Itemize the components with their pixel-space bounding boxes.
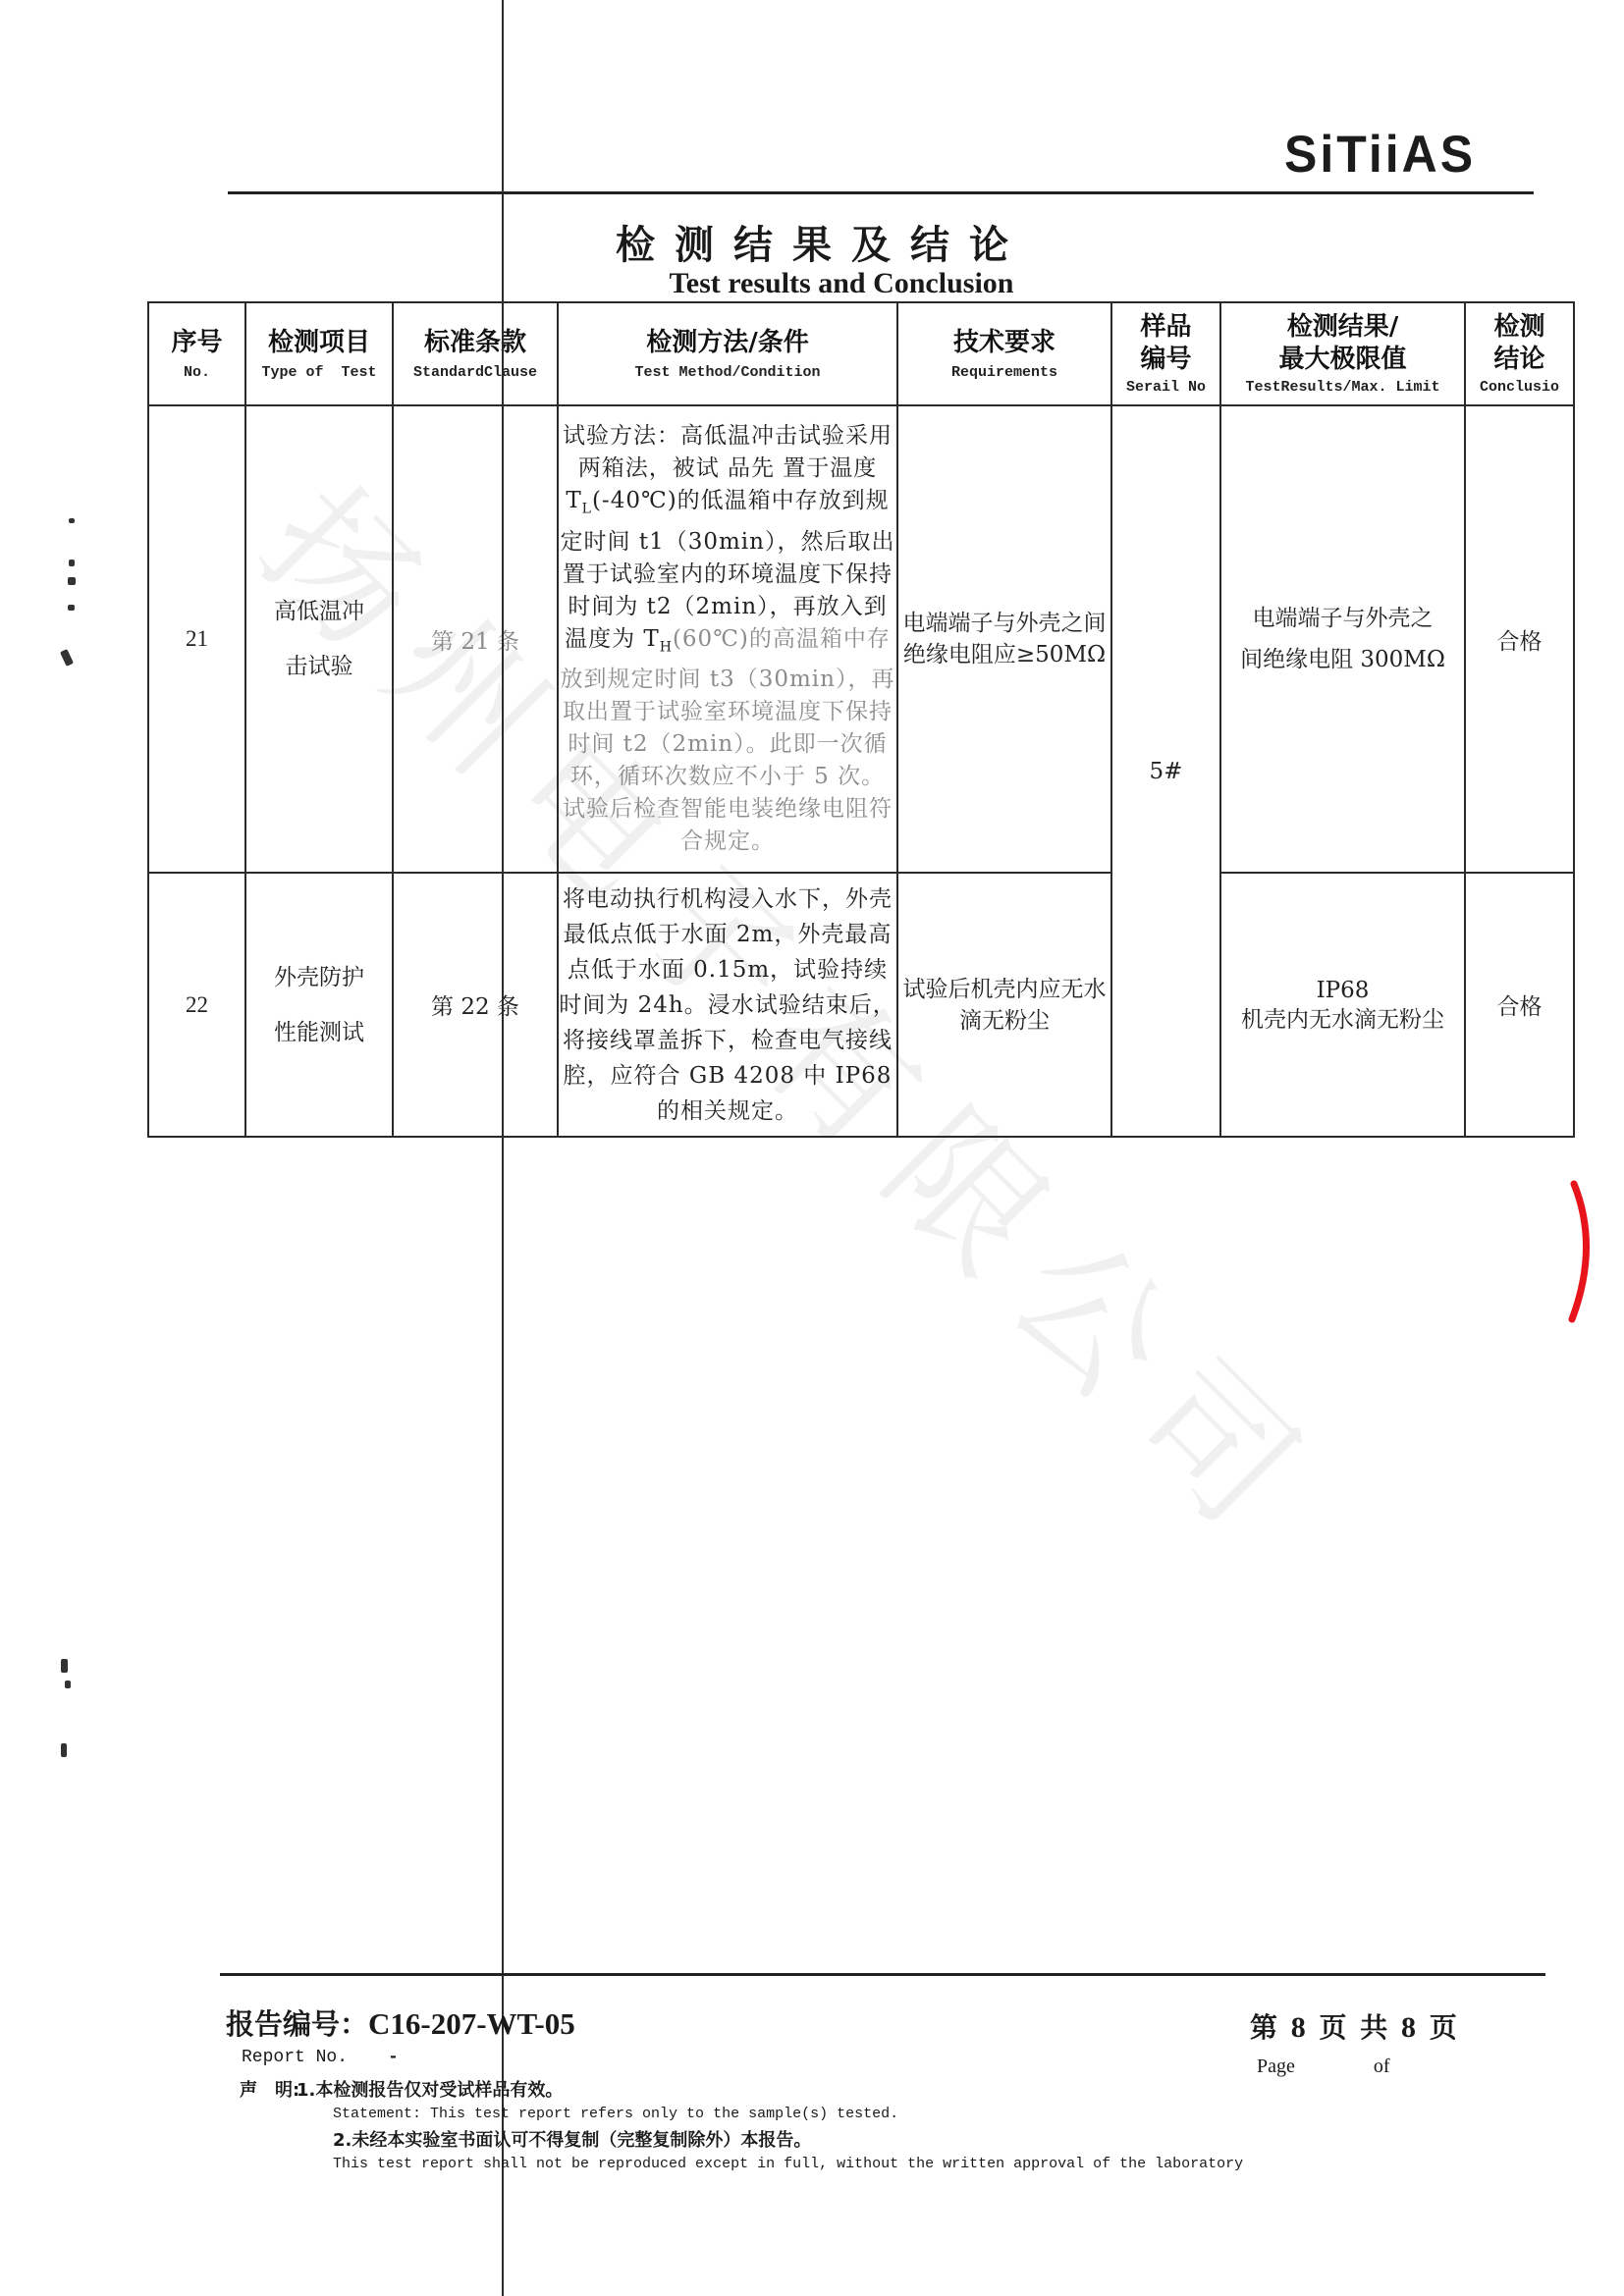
- row-result: 电端端子与外壳之 间绝缘电阻 300MΩ: [1220, 405, 1465, 873]
- row-result: IP68 机壳内无水滴无粉尘: [1220, 873, 1465, 1137]
- page-title-cn: 检测结果及结论: [0, 214, 1624, 270]
- binding-mark: [69, 560, 75, 566]
- col-header-no: 序号 No.: [148, 302, 245, 405]
- report-number: 报告编号：C16-207-WT-05: [226, 2002, 575, 2043]
- row-no: 22: [148, 873, 245, 1137]
- col-header-requirements: 技术要求 Requirements: [897, 302, 1111, 405]
- table-header-row: 序号 No. 检测项目 Type of Test 标准条款 StandardCl…: [148, 302, 1574, 405]
- report-number-label-en: Report No.: [242, 2048, 348, 2067]
- table-row: 21 高低温冲 击试验 第 21 条 试验方法：高低温冲击试验采用两箱法，被试 …: [148, 405, 1574, 873]
- binding-mark: [68, 605, 75, 611]
- row-serial: 5#: [1111, 405, 1220, 1137]
- binding-mark: [69, 518, 75, 523]
- col-header-clause: 标准条款 StandardClause: [393, 302, 558, 405]
- declaration-2: 2.未经本实验室书面认可不得复制（完整复制除外）本报告。: [333, 2126, 811, 2152]
- col-header-method: 检测方法/条件 Test Method/Condition: [558, 302, 897, 405]
- report-number-dash: -: [388, 2048, 399, 2067]
- row-no: 21: [148, 405, 245, 873]
- row-method: 试验方法：高低温冲击试验采用两箱法，被试 品先 置于温度 TL(-40℃)的低温…: [558, 405, 897, 873]
- results-table: 序号 No. 检测项目 Type of Test 标准条款 StandardCl…: [147, 301, 1575, 1138]
- page-indicator: 第 8 页 共 8 页: [1250, 2006, 1459, 2046]
- seal-stamp-edge: [1566, 1178, 1605, 1325]
- declaration-1-en: Statement: This test report refers only …: [333, 2106, 898, 2122]
- sitiias-logo: SiTiiAS: [1284, 125, 1476, 185]
- binding-mark: [61, 1659, 68, 1673]
- table-row: 22 外壳防护 性能测试 第 22 条 将电动执行机构浸入水下，外壳最低点低于水…: [148, 873, 1574, 1137]
- row-requirement: 电端端子与外壳之间绝缘电阻应≥50MΩ: [897, 405, 1111, 873]
- row-clause: 第 22 条: [393, 873, 558, 1137]
- row-conclusion: 合格: [1465, 873, 1574, 1137]
- declaration-2-en: This test report shall not be reproduced…: [333, 2156, 1243, 2172]
- col-header-serial: 样品 编号 Serail No: [1111, 302, 1220, 405]
- header-divider: [228, 191, 1534, 194]
- col-header-results: 检测结果/ 最大极限值 TestResults/Max. Limit: [1220, 302, 1465, 405]
- row-test-type: 外壳防护 性能测试: [245, 873, 393, 1137]
- row-requirement: 试验后机壳内应无水滴无粉尘: [897, 873, 1111, 1137]
- binding-mark: [61, 1743, 67, 1757]
- footer-divider: [220, 1973, 1545, 1976]
- page-total: 8: [1401, 2011, 1418, 2044]
- binding-mark: [65, 1681, 71, 1688]
- binding-mark: [60, 649, 74, 667]
- binding-mark: [68, 577, 76, 585]
- row-method: 将电动执行机构浸入水下，外壳最低点低于水面 2m，外壳最高点低于水面 0.15m…: [558, 873, 897, 1137]
- page-current: 8: [1291, 2011, 1308, 2044]
- declaration-label: 声 明:: [240, 2076, 299, 2102]
- row-clause: 第 21 条: [393, 405, 558, 873]
- declaration-1: 1.本检测报告仅对受试样品有效。: [297, 2076, 563, 2102]
- page-indicator-en: Pageof: [1257, 2056, 1390, 2078]
- col-header-conclusion: 检测 结论 Conclusio: [1465, 302, 1574, 405]
- row-conclusion: 合格: [1465, 405, 1574, 873]
- page-title-en: Test results and Conclusion: [0, 267, 1624, 300]
- row-test-type: 高低温冲 击试验: [245, 405, 393, 873]
- scan-artifact-line: [502, 0, 504, 2296]
- col-header-type: 检测项目 Type of Test: [245, 302, 393, 405]
